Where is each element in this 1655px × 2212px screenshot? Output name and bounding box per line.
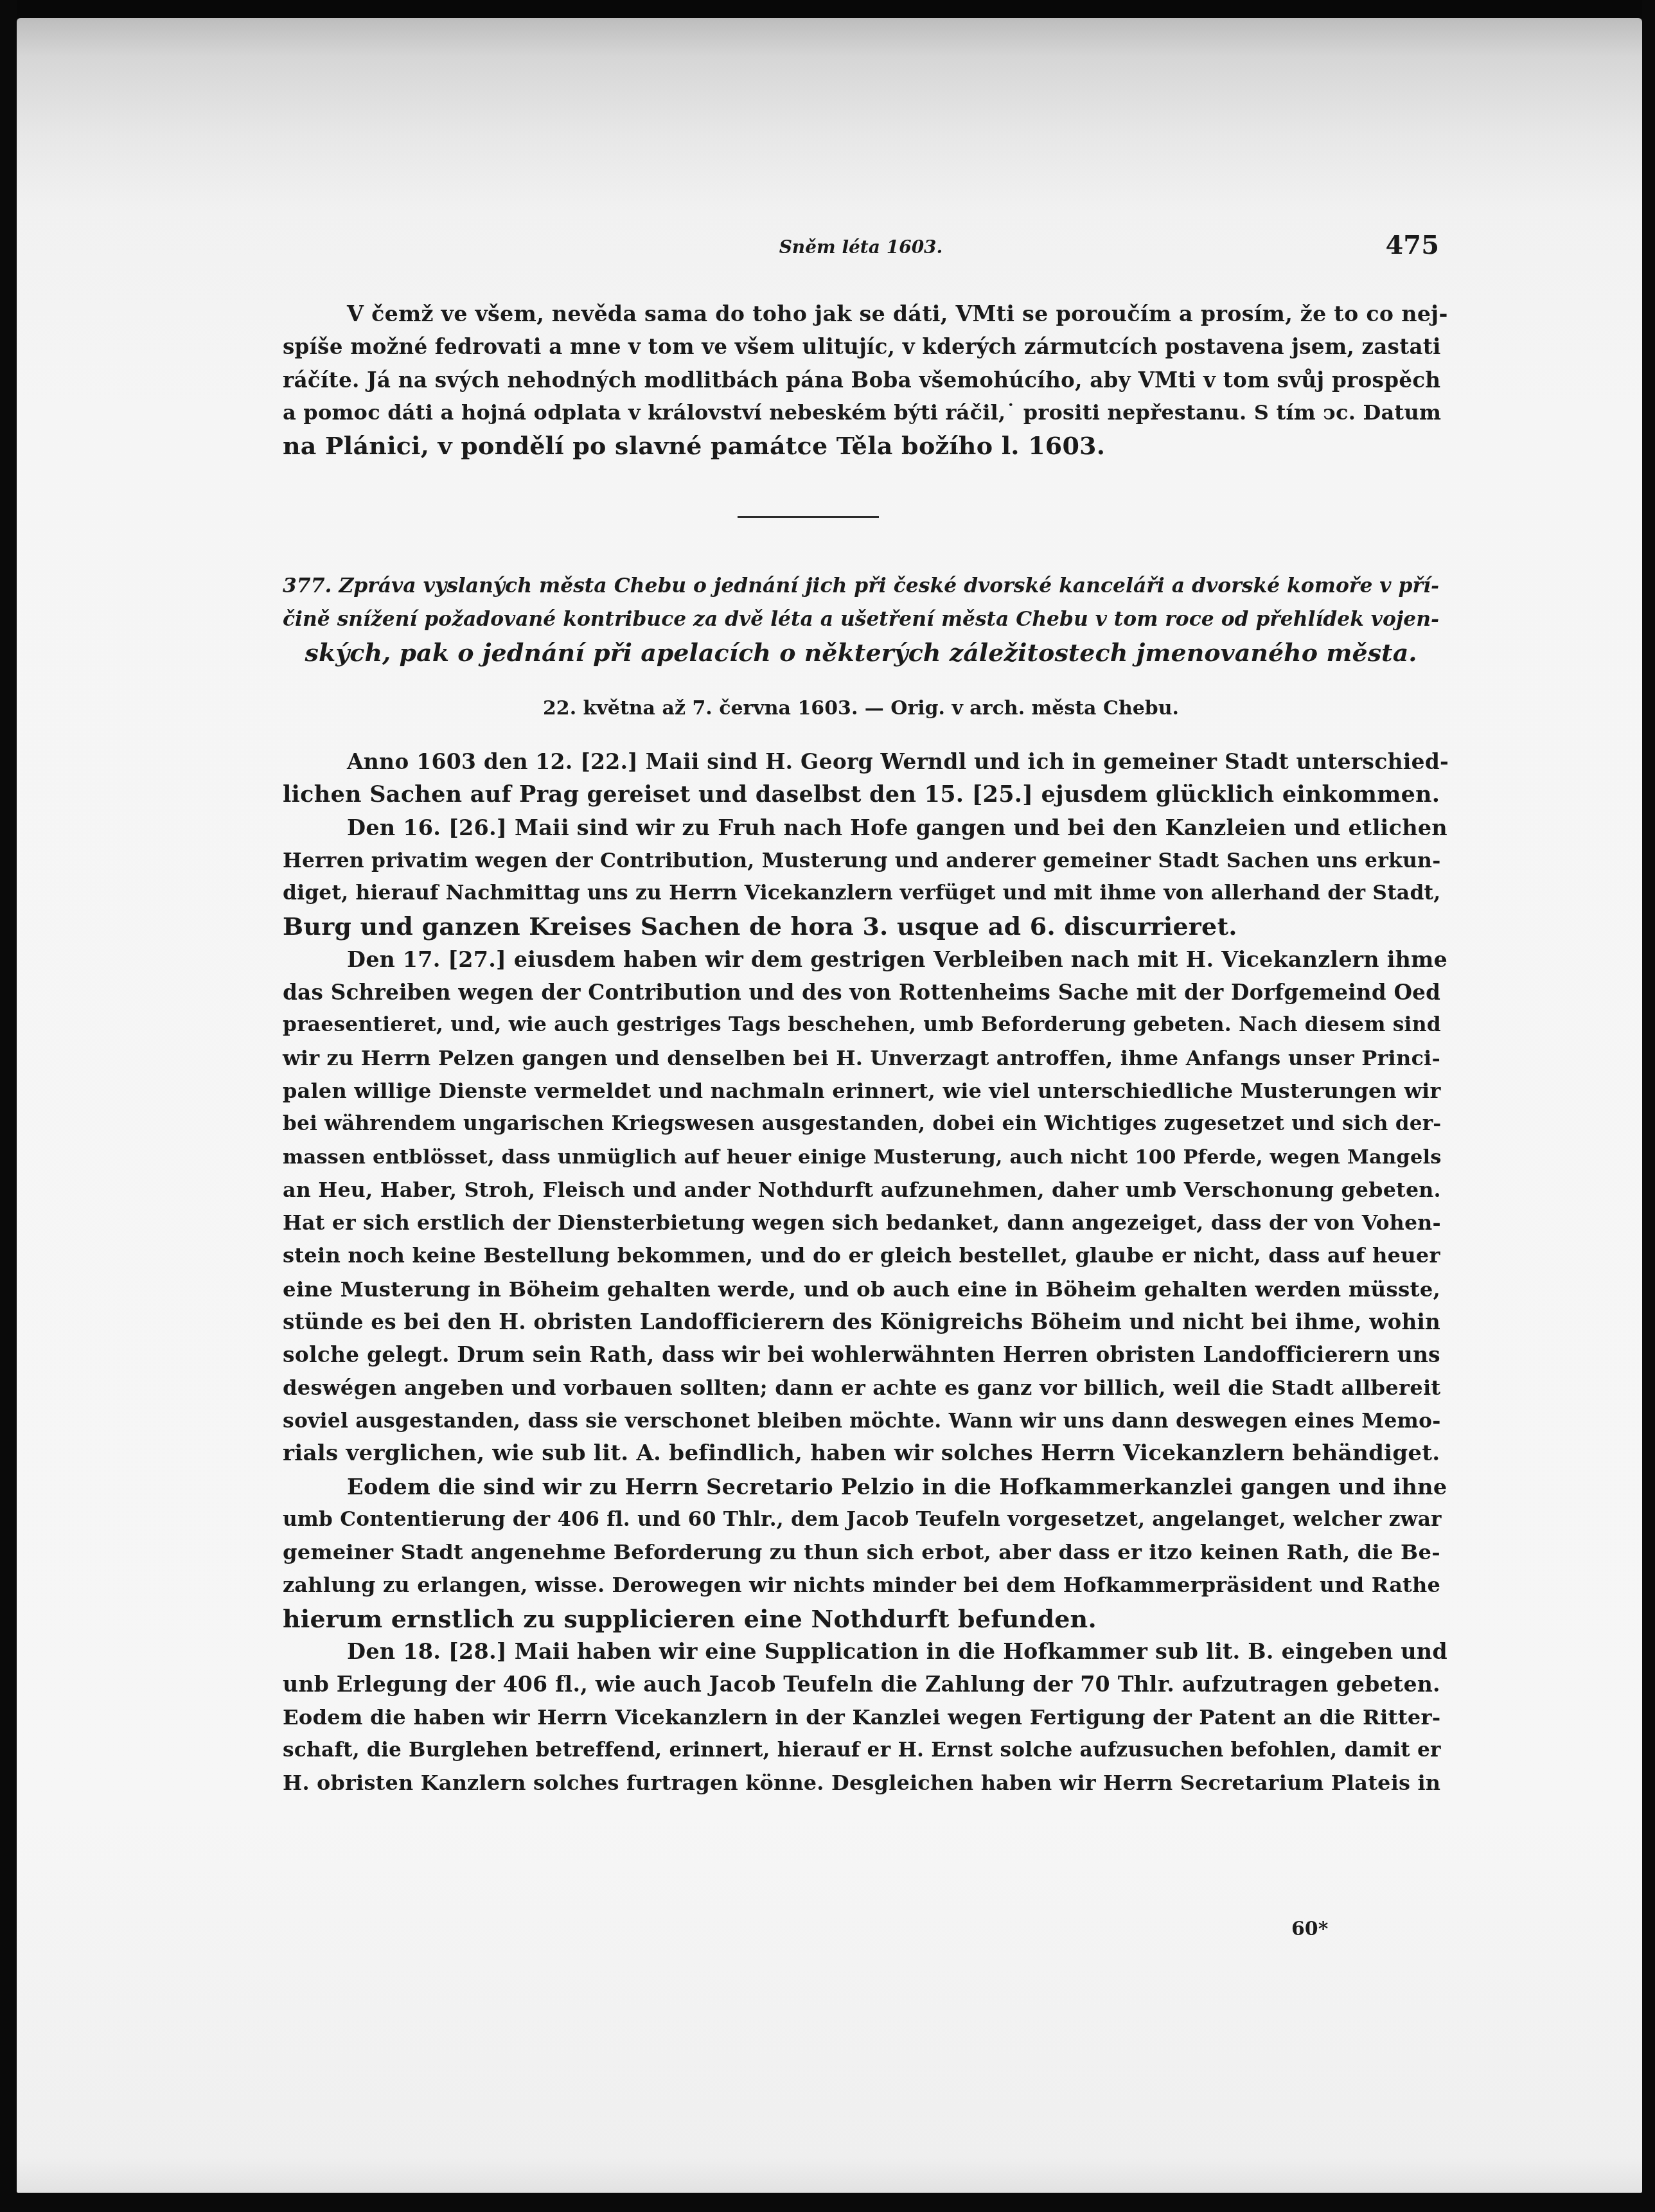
text-line: ráčíte. Já na svých nehodných modlitbách… (283, 364, 1439, 396)
text-line: schaft, die Burglehen betreffend, erinne… (283, 1734, 1439, 1767)
text-line: lichen Sachen auf Prag gereiset und dase… (283, 778, 1439, 811)
text-line: wir zu Herrn Pelzen gangen und denselben… (283, 1042, 1439, 1075)
text-line: solche gelegt. Drum sein Rath, dass wir … (283, 1338, 1439, 1371)
text-line: gemeiner Stadt angenehme Beforderung zu … (283, 1536, 1439, 1569)
page-number: 475 (1386, 230, 1440, 260)
text-line: umb Contentierung der 406 fl. und 60 Thl… (283, 1503, 1439, 1536)
signature-mark: 60* (1291, 1918, 1328, 1940)
text-line: Anno 1603 den 12. [22.] Maii sind H. Geo… (283, 745, 1439, 778)
text-line: Burg und ganzen Kreises Sachen de hora 3… (283, 910, 1439, 942)
text-line: unb Erlegung der 406 fl., wie auch Jacob… (283, 1668, 1439, 1701)
text-line: Eodem die sind wir zu Herrn Secretario P… (283, 1471, 1439, 1503)
text-line: V čemž ve všem, nevěda sama do toho jak … (283, 297, 1439, 330)
text-line: stünde es bei den H. obristen Landoffici… (283, 1305, 1439, 1338)
text-line: Eodem die haben wir Herrn Vicekanzlern i… (283, 1701, 1439, 1734)
text-line: diget, hierauf Nachmittag uns zu Herrn V… (283, 877, 1439, 910)
text-line: eine Musterung in Böheim gehalten werde,… (283, 1273, 1439, 1305)
text-line: soviel ausgestanden, dass sie verschonet… (283, 1404, 1439, 1437)
text-line: Hat er sich erstlich der Diensterbietung… (283, 1207, 1439, 1239)
text-line: praesentieret, und, wie auch gestriges T… (283, 1009, 1439, 1041)
text-line: spíše možné fedrovati a mne v tom ve vše… (283, 330, 1439, 363)
text-line: das Schreiben wegen der Contribution und… (283, 976, 1439, 1009)
document-heading: 377. Zpráva vyslaných města Chebu o jedn… (283, 570, 1439, 669)
text-line: palen willige Dienste vermeldet und nach… (283, 1075, 1439, 1108)
text-line: massen entblösset, dass unmüglich auf he… (283, 1141, 1439, 1174)
text-line: bei währendem ungarischen Kriegswesen au… (283, 1108, 1439, 1140)
text-line: Den 16. [26.] Maii sind wir zu Fruh nach… (283, 811, 1439, 844)
text-line: Den 18. [28.] Maii haben wir eine Suppli… (283, 1635, 1439, 1668)
section-separator-rule (738, 516, 879, 518)
text-line: hierum ernstlich zu supplicieren eine No… (283, 1602, 1439, 1635)
document-body: Anno 1603 den 12. [22.] Maii sind H. Geo… (283, 745, 1439, 1800)
scan-border-right (1642, 0, 1655, 2212)
text-line: Herren privatim wegen der Contribution, … (283, 844, 1439, 877)
text-line: Den 17. [27.] eiusdem haben wir dem gest… (283, 943, 1439, 976)
heading-line: ských, pak o jednání při apelacích o něk… (283, 636, 1439, 669)
text-line: stein noch keine Bestellung bekommen, un… (283, 1239, 1439, 1272)
text-line: zahlung zu erlangen, wisse. Derowegen wi… (283, 1569, 1439, 1602)
continuation-paragraph: V čemž ve všem, nevěda sama do toho jak … (283, 297, 1439, 462)
text-line: H. obristen Kanzlern solches furtragen k… (283, 1767, 1439, 1800)
running-title: Sněm léta 1603. (283, 236, 1439, 258)
scan-border-top (0, 0, 1655, 18)
heading-line: 377. Zpráva vyslaných města Chebu o jedn… (283, 570, 1439, 603)
scan-border-bottom (0, 2193, 1655, 2212)
text-line: deswégen angeben und vorbauen sollten; d… (283, 1372, 1439, 1404)
text-line: a pomoc dáti a hojná odplata v královstv… (283, 396, 1439, 429)
running-head: Sněm léta 1603. 475 (283, 230, 1439, 262)
text-line: an Heu, Haber, Stroh, Fleisch und ander … (283, 1174, 1439, 1207)
heading-line: čině snížení požadované kontribuce za dv… (283, 603, 1439, 637)
text-line: rials verglichen, wie sub lit. A. befind… (283, 1437, 1439, 1470)
source-note: 22. května až 7. června 1603. — Orig. v … (283, 697, 1439, 720)
text-line: na Plánici, v pondělí po slavné památce … (283, 429, 1439, 462)
scan-border-left (0, 0, 17, 2212)
